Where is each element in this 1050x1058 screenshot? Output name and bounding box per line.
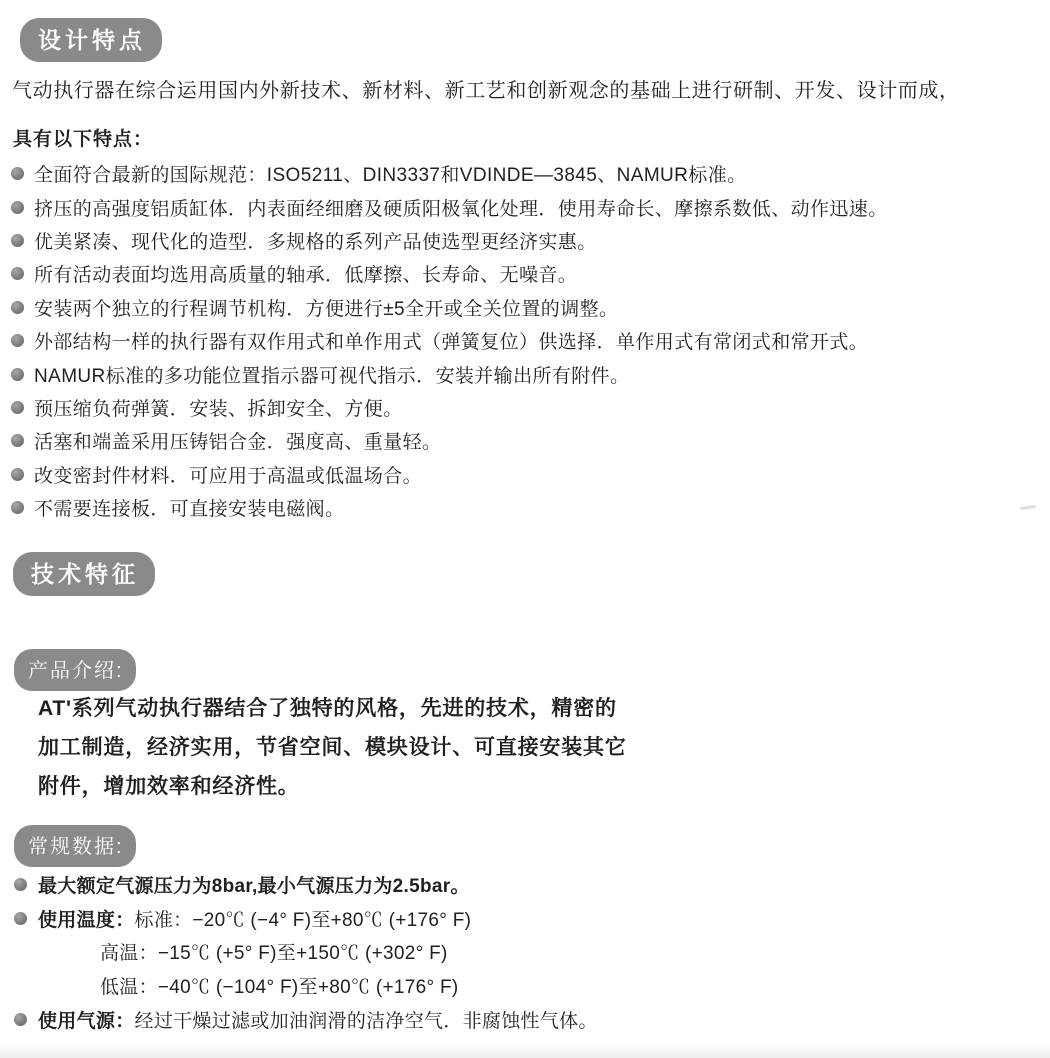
bullet-icon xyxy=(11,167,24,180)
feature-item: 活塞和端盖采用压铸铝合金．强度高、重量轻。 xyxy=(11,424,1031,457)
bullet-icon xyxy=(14,1013,27,1026)
page-edge-shadow xyxy=(0,1042,1050,1058)
bullet-icon xyxy=(11,267,24,280)
feature-item: 安装两个独立的行程调节机构．方便进行±5全开或全关位置的调整。 xyxy=(11,291,1031,324)
bullet-icon xyxy=(11,234,24,247)
spec-item: 最大额定气源压力为8bar,最小气源压力为2.5bar。 xyxy=(14,868,1034,902)
spec-label: 最大额定气源压力为8bar,最小气源压力为2.5bar。 xyxy=(38,871,470,898)
feature-text: 所有活动表面均选用高质量的轴承．低摩擦、长寿命、无噪音。 xyxy=(34,260,577,287)
spec-item: 低温：−40℃ (−104° F)至+80℃ (+176° F) xyxy=(76,969,1034,1003)
general-data-badge: 常规数据: xyxy=(14,825,136,867)
bullet-icon xyxy=(11,368,24,381)
bullet-icon xyxy=(11,201,24,214)
bullet-icon xyxy=(11,401,24,414)
feature-item: 所有活动表面均选用高质量的轴承．低摩擦、长寿命、无噪音。 xyxy=(11,257,1031,290)
spec-item: 使用温度： 标准：−20℃ (−4° F)至+80℃ (+176° F) xyxy=(14,902,1034,936)
general-data-list: 最大额定气源压力为8bar,最小气源压力为2.5bar。 使用温度： 标准：−2… xyxy=(14,868,1034,1036)
bullet-icon xyxy=(11,434,24,447)
feature-item: 不需要连接板．可直接安装电磁阀。 xyxy=(11,491,1031,524)
paragraph-line: 加工制造，经济实用，节省空间、模块设计、可直接安装其它 xyxy=(38,728,627,767)
bullet-icon xyxy=(11,301,24,314)
feature-text: 外部结构一样的执行器有双作用式和单作用式（弹簧复位）供选择．单作用式有常闭式和常… xyxy=(34,327,868,354)
feature-text: 改变密封件材料．可应用于高温或低温场合。 xyxy=(34,461,422,488)
feature-item: NAMUR标准的多功能位置指示器可视代指示．安装并输出所有附件。 xyxy=(11,357,1031,390)
spec-item: 使用气源： 经过干燥过滤或加油润滑的洁净空气．非腐蚀性气体。 xyxy=(14,1002,1034,1036)
feature-text: 安装两个独立的行程调节机构．方便进行±5全开或全关位置的调整。 xyxy=(34,294,618,321)
spec-value: 高温：−15℃ (+5° F)至+150℃ (+302° F) xyxy=(100,938,448,965)
feature-item: 外部结构一样的执行器有双作用式和单作用式（弹簧复位）供选择．单作用式有常闭式和常… xyxy=(11,324,1031,357)
feature-item: 预压缩负荷弹簧．安装、拆卸安全、方便。 xyxy=(11,391,1031,424)
bullet-icon xyxy=(14,878,27,891)
bullet-icon xyxy=(11,501,24,514)
paragraph-line: 附件，增加效率和经济性。 xyxy=(38,767,627,806)
feature-item: 挤压的高强度铝质缸体．内表面经细磨及硬质阳极氧化处理．使用寿命长、摩擦系数低、动… xyxy=(11,190,1031,223)
features-subtitle: 具有以下特点： xyxy=(13,124,153,151)
feature-text: 活塞和端盖采用压铸铝合金．强度高、重量轻。 xyxy=(34,427,441,454)
spec-value: 低温：−40℃ (−104° F)至+80℃ (+176° F) xyxy=(100,972,458,999)
design-intro-text: 气动执行器在综合运用国内外新技术、新材料、新工艺和创新观念的基础上进行研制、开发… xyxy=(12,77,1032,105)
product-intro-paragraph: AT'系列气动执行器结合了独特的风格，先进的技术，精密的 加工制造，经济实用，节… xyxy=(38,689,627,806)
feature-item: 全面符合最新的国际规范：ISO5211、DIN3337和VDINDE—3845、… xyxy=(11,157,1031,190)
feature-text: 挤压的高强度铝质缸体．内表面经细磨及硬质阳极氧化处理．使用寿命长、摩擦系数低、动… xyxy=(34,194,888,221)
bullet-icon xyxy=(14,912,27,925)
product-intro-badge: 产品介绍: xyxy=(14,649,136,691)
bullet-icon xyxy=(11,334,24,347)
spec-value: 经过干燥过滤或加油润滑的洁净空气．非腐蚀性气体。 xyxy=(135,1006,598,1033)
feature-text: 优美紧凑、现代化的造型．多规格的系列产品使选型更经济实惠。 xyxy=(34,227,597,254)
features-list: 全面符合最新的国际规范：ISO5211、DIN3337和VDINDE—3845、… xyxy=(11,157,1031,524)
design-features-badge: 设计特点 xyxy=(20,18,162,62)
paragraph-line: AT'系列气动执行器结合了独特的风格，先进的技术，精密的 xyxy=(38,689,627,728)
document-page: 设计特点 气动执行器在综合运用国内外新技术、新材料、新工艺和创新观念的基础上进行… xyxy=(0,0,1050,1058)
feature-text: 不需要连接板．可直接安装电磁阀。 xyxy=(34,494,344,521)
spec-item: 高温：−15℃ (+5° F)至+150℃ (+302° F) xyxy=(76,935,1034,969)
spec-label: 使用温度： xyxy=(38,905,135,932)
feature-text: NAMUR标准的多功能位置指示器可视代指示．安装并输出所有附件。 xyxy=(34,361,629,388)
bullet-icon xyxy=(11,468,24,481)
feature-item: 改变密封件材料．可应用于高温或低温场合。 xyxy=(11,458,1031,491)
feature-text: 预压缩负荷弹簧．安装、拆卸安全、方便。 xyxy=(34,394,403,421)
spec-value: 标准：−20℃ (−4° F)至+80℃ (+176° F) xyxy=(135,905,472,932)
technical-characteristics-badge: 技术特征 xyxy=(13,552,155,596)
feature-item: 优美紧凑、现代化的造型．多规格的系列产品使选型更经济实惠。 xyxy=(11,224,1031,257)
feature-text: 全面符合最新的国际规范：ISO5211、DIN3337和VDINDE—3845、… xyxy=(34,160,747,187)
spec-label: 使用气源： xyxy=(38,1006,135,1033)
